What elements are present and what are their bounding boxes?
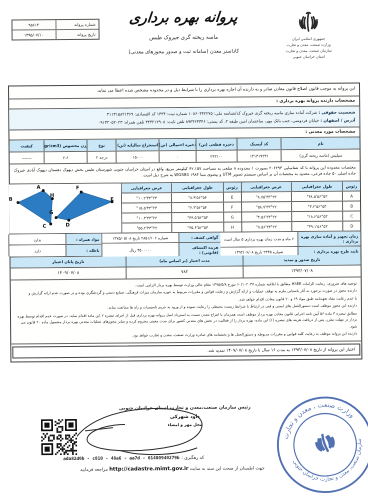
mineral-col-name: نام: [280, 137, 359, 149]
svg-text:F: F: [75, 185, 78, 191]
verify-text-pre: جهت اطمینان از صحت این سند به سایت: [189, 466, 264, 472]
verify-text-post: مراجعه فرمایید: [79, 468, 107, 473]
mineral-type: درجه ۲: [85, 152, 115, 163]
license-document: جمهوری اسلامی ایران وزارت صنعت، معدن و ت…: [0, 0, 368, 498]
expiry-date-value: ۱۴۰۹/۰۷/۰۸: [10, 267, 125, 279]
vertex-b: B: [341, 201, 359, 210]
mineral-density: ۲.۶: [43, 152, 86, 163]
coord-h-lon-2: طول جغرافیایی: [170, 182, 221, 191]
mineral-col-type: نوع: [85, 140, 115, 151]
emblem-line-province: استان خراسان جنوبی: [265, 54, 351, 61]
coordinates-section: رئوس طول جغرافیایی عرض جغرافیایی رئوس طو…: [9, 181, 359, 234]
mineral-col-proven-reserve: ذخیره قطعی (تن): [194, 139, 235, 150]
lon-h: ۵۶°۵۳'۳۵.۴": [171, 222, 222, 231]
vertex-f: F: [222, 202, 240, 211]
lon-c: ۵۶°۵۳'۱۸.۶": [290, 211, 341, 220]
document-header: جمهوری اسلامی ایران وزارت صنعت، معدن و ت…: [0, 6, 367, 81]
document-title: پروانه بهره برداری: [102, 9, 264, 26]
holder-address-label: آدرس / اصفهان :: [319, 118, 354, 123]
license-number-value: ۹۵۶۱۴: [11, 20, 54, 29]
associated-materials-label: مواد همراه :: [65, 233, 101, 244]
svg-text:D: D: [65, 222, 69, 228]
lat-e: ۳۳°۲۳'۱۰.۲": [121, 193, 170, 202]
mineral-col-annual-extraction: استخراج سالیانه (تن): [115, 139, 158, 150]
vertex-a: A: [341, 191, 359, 200]
note-line: مطابق تبصره ۳ ماده ۵۶ آیین نامه اجرایی ق…: [14, 310, 356, 332]
signer-org: رئیس سازمان صنعت،معدن و تجارت استان خراس…: [84, 405, 284, 412]
signature-block: رئیس سازمان صنعت،معدن و تجارت استان خراس…: [84, 405, 284, 428]
tracking-code-line: کد رهگیری : ada82d0b - c810 - 48a6 - aa7…: [62, 455, 272, 462]
holder-legal-value: شرکت آماده سازی ماسه ریخته گری جیروک کد/…: [106, 110, 316, 117]
mineral-col-isic: کد آیسیک: [235, 138, 280, 149]
mineral-isic: ۱۴۱۳۱۹۳۳۱: [235, 150, 280, 161]
mineral-col-density: وزن مخصوص (gr/cm3): [43, 140, 86, 151]
holder-address-value: خیابان فردوسی، جنب بانک مهر، ساختمان امی…: [97, 118, 318, 125]
discovery-cert-label: گواهی کشف :: [177, 232, 219, 241]
coord-h-vertex-1: رئوس: [341, 181, 359, 190]
vertex-c: C: [341, 211, 359, 220]
lat-h: ۳۳°۲۲'۵۵.۲": [121, 223, 170, 232]
issue-date-value: ۱۳۹۳/۰۷/۰۸: [241, 265, 359, 277]
holder-address-line: آدرس / اصفهان : خیابان فردوسی، جنب بانک …: [12, 117, 354, 128]
document-footer: رئیس سازمان صنعت،معدن و تجارت استان خراس…: [2, 390, 368, 498]
seal-place-label: محل مهر و امضاء: [84, 421, 284, 428]
tracking-code-label: کد رهگیری: [183, 456, 203, 461]
mineral-col-quality: کیفیت: [8, 140, 42, 151]
license-number-label: شماره پروانه: [54, 20, 98, 29]
lon-e: ۵۶°۵۴'۸.۹": [170, 192, 221, 201]
mineral-probable-reserve: ۰: [158, 151, 195, 162]
boundary-map: AH BC GD FE: [8, 183, 120, 233]
holder-legal-label: شخصیت حقوقی :: [317, 110, 354, 115]
svg-text:G: G: [48, 210, 52, 216]
official-stamp-icon: وزارت صنعت ، معدن و تجارت سازمان صنعت، م…: [272, 392, 368, 497]
svg-text:B: B: [8, 197, 12, 203]
prep-time-value: ۶ ماه و مدت زمان بهره برداری ۵ سال است: [219, 232, 296, 247]
lat-a: ۳۳°۲۳'۸.۷۵": [239, 192, 289, 201]
mineral-quality: -------: [9, 152, 43, 163]
lon-g: ۵۶°۵۳'۴۴.۵": [170, 212, 221, 221]
validity-duration-value: ۷۸۲: [125, 266, 241, 278]
mineral-col-probable-reserve: ذخیره احتمالی (تن): [157, 139, 194, 150]
validity-duration-header: مدت اعتبار (بر اساس ماه): [125, 255, 241, 266]
waste-label: باطله :: [65, 245, 101, 256]
issue-date-header: تاریخ صدور و تمدید: [241, 254, 359, 265]
lat-b: ۳۳°۲۲'۵۸.۷": [240, 202, 290, 211]
vertex-e: E: [222, 192, 240, 201]
lon-f: ۵۶°۵۴'۲.۳": [170, 202, 221, 211]
ministry-emblem-block: جمهوری اسلامی ایران وزارت صنعت، معدن و ت…: [264, 11, 350, 61]
coord-h-lat-2: عرض جغرافیایی: [121, 183, 170, 192]
signer-name: داود شهرکی: [84, 414, 284, 421]
verify-url-link[interactable]: http://cadastre.mimt.gov.ir: [108, 466, 187, 473]
mineral-proven-reserve: ۲۴۳۱۰۰: [195, 151, 236, 162]
svg-text:C: C: [42, 223, 46, 229]
boundary-polygon-icon: AH BC GD FE: [8, 183, 120, 231]
vertex-g: G: [222, 212, 240, 221]
expiry-date-header: تاریخ پایان اعتبار: [10, 256, 125, 267]
license-body: این پروانه به موجب قانون اصلاح قانون معا…: [7, 82, 361, 362]
lat-d: ۳۳°۲۲'۸.۵۶": [240, 222, 290, 231]
coord-h-lon-1: طول جغرافیایی: [290, 181, 341, 190]
svg-text:E: E: [109, 197, 113, 203]
license-number-box: شماره پروانه ۹۵۶۱۴ تاریخ پروانه ۱۳۹۵/۰۷/…: [10, 19, 98, 41]
lon-d: ۵۶°۵۳'۳۹.۱": [290, 221, 341, 230]
coord-h-lat-1: عرض جغرافیایی: [239, 182, 289, 191]
waste-value: دارد: [8, 245, 64, 256]
discovery-cert-value: شماره ۲۸۵۱/۱۰۶ تاریخ ۱۳۷۵/۰۵/۰۸: [101, 233, 177, 243]
license-date-value: ۱۳۹۵/۰۷/۱۰: [12, 30, 55, 39]
vertex-d: D: [341, 221, 359, 230]
coordinates-table: رئوس طول جغرافیایی عرض جغرافیایی رئوس طو…: [120, 181, 359, 232]
lat-f: ۳۳°۲۳'۱۵.۵": [121, 203, 170, 212]
title-block: پروانه بهره برداری ماسه ریخته گری جیروک …: [102, 9, 262, 55]
mine-name: ماسه ریخته گری جیروک طبس: [103, 34, 263, 41]
mineral-name: سیلیس (ماسه ریخته گری): [280, 149, 359, 161]
verify-line: جهت اطمینان از صحت این سند به سایت http:…: [46, 465, 296, 473]
svg-text:H: H: [49, 193, 53, 199]
prep-time-label: زمان تجهیز و آماده سازی بهره برداری :: [296, 231, 359, 246]
notes-section: توصیه های ضروری: رعایت الزامات HSEE مطاب…: [10, 277, 361, 344]
vertex-h: H: [222, 222, 240, 231]
extension-statement: اعتبار این پروانه از تاریخ ۱۳۹۳/۰۷/۰۸ به…: [11, 343, 359, 358]
fields-section: زمان تجهیز و آماده سازی بهره برداری : ۶ …: [9, 231, 359, 257]
svg-text:A: A: [36, 185, 40, 191]
lat-c: ۳۳°۲۲'۴.۵۶": [240, 212, 290, 221]
mineral-annual-extraction: ۱۵۰۰۰: [115, 151, 158, 162]
iran-emblem-icon: [295, 11, 319, 35]
associated-materials-value: ندارد: [8, 234, 64, 245]
qr-code-icon: [40, 419, 76, 455]
tracking-code-value: ada82d0b - c810 - 48a6 - aa7d - 01480940…: [62, 456, 178, 462]
lon-b: ۵۶°۵۳'۳.۲": [290, 201, 341, 210]
license-date-row: تاریخ پروانه ۱۳۹۵/۰۷/۱۰: [12, 30, 98, 40]
license-date-label: تاریخ پروانه: [54, 30, 98, 39]
lat-g: ۳۳°۲۲'۱۰.۳": [121, 213, 170, 222]
cadastre-system-name: کاداستر معدن (سامانه ثبت و صدور مجوزهای …: [103, 48, 263, 55]
lon-a: ۵۶°۵۳'۴۸.۵": [290, 191, 341, 200]
coord-h-vertex-2: رئوس: [221, 182, 239, 191]
